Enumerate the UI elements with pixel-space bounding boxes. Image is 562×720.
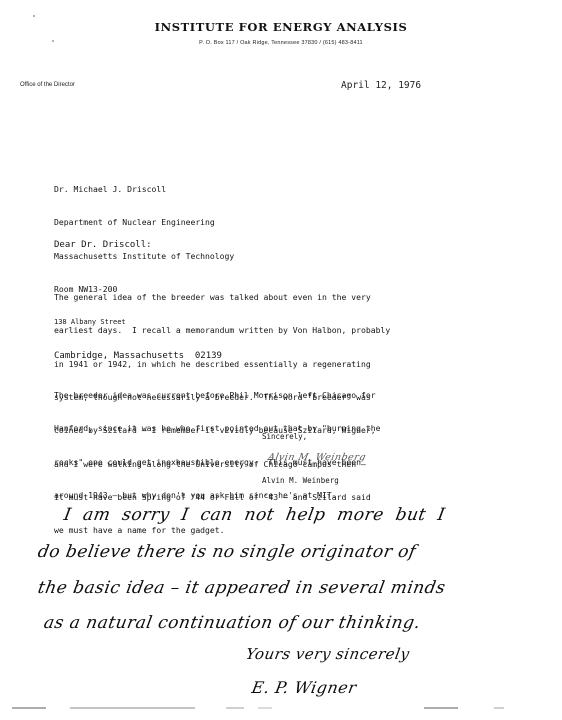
letter-date: April 12, 1976 bbox=[341, 80, 421, 91]
scan-speck bbox=[52, 40, 54, 42]
handwritten-note-line: do believe there is no single originator… bbox=[36, 542, 417, 562]
body-line: The general idea of the breeder was talk… bbox=[54, 292, 390, 303]
letterhead-address: P. O. Box 117 / Oak Ridge, Tennessee 378… bbox=[0, 40, 562, 46]
body-line: we must have a name for the gadget. bbox=[54, 525, 390, 536]
handwritten-signature-wigner: E. P. Wigner bbox=[250, 678, 358, 697]
handwritten-note-line: as a natural continuation of our thinkin… bbox=[42, 613, 422, 633]
handwritten-closing: Yours very sincerely bbox=[244, 645, 411, 663]
office-of-director-label: Office of the Director bbox=[20, 82, 75, 88]
body-line: Hanford, since it was he who first point… bbox=[54, 423, 380, 434]
scan-speck bbox=[33, 15, 35, 17]
scan-edge-artifacts bbox=[0, 707, 562, 709]
salutation: Dear Dr. Driscoll: bbox=[54, 240, 152, 251]
handwritten-signature-weinberg: Alvin M. Weinberg bbox=[267, 452, 367, 463]
recipient-line: Massachusetts Institute of Technology bbox=[54, 251, 234, 262]
signatory-name: Alvin M. Weinberg bbox=[262, 475, 339, 486]
body-line: around 1943 — but why don't you ask him … bbox=[54, 490, 380, 501]
handwritten-note-line: the basic idea – it appeared in several … bbox=[36, 578, 447, 598]
body-line: earliest days. I recall a memorandum wri… bbox=[54, 325, 390, 336]
closing: Sincerely, bbox=[262, 431, 307, 442]
body-paragraph-2: The breeder idea was current before Phil… bbox=[54, 368, 380, 512]
handwritten-note-line: I am sorry I can not help more but I bbox=[62, 505, 447, 525]
body-line: The breeder idea was current before Phil… bbox=[54, 390, 380, 401]
recipient-line: Dr. Michael J. Driscoll bbox=[54, 184, 234, 195]
recipient-line: Department of Nuclear Engineering bbox=[54, 217, 234, 228]
letterhead-organization: INSTITUTE FOR ENERGY ANALYSIS bbox=[0, 20, 562, 34]
